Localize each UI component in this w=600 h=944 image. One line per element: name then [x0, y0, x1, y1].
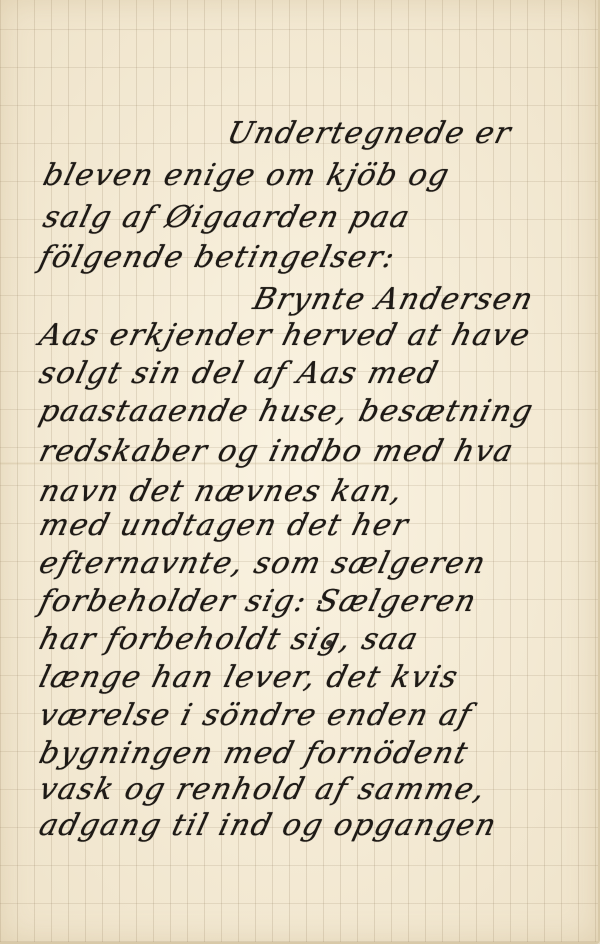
text-line: værelse i söndre enden af [36, 698, 476, 733]
text-line: salg af Øigaarden paa [40, 200, 415, 235]
text-line: Aas erkjender herved at have [36, 318, 535, 353]
text-line: redskaber og indbo med hva [36, 434, 518, 469]
text-line: bleven enige om kjöb og [40, 158, 454, 193]
text-line: med undtagen det her [36, 508, 413, 543]
text-line: Brynte Andersen [250, 282, 538, 317]
ink-blot [326, 640, 333, 646]
text-line: Undertegnede er [224, 116, 516, 151]
text-line: bygningen med fornödent [36, 736, 473, 771]
handwritten-text: Undertegnede er bleven enige om kjöb og … [0, 0, 600, 944]
text-line: forbeholder sig: Sælgeren [36, 584, 481, 619]
text-line: adgang til ind og opgangen [36, 808, 501, 843]
ink-blot [318, 600, 322, 604]
text-line: navn det nævnes kan, [36, 474, 408, 509]
text-line: solgt sin del af Aas med [36, 356, 443, 391]
text-line: paastaaende huse, besætning [36, 394, 538, 429]
manuscript-page: Undertegnede er bleven enige om kjöb og … [0, 0, 600, 944]
text-line: vask og renhold af samme, [36, 772, 490, 807]
text-line: har forbeholdt sig, saa [36, 622, 423, 657]
text-line: længe han lever, det kvis [36, 660, 463, 695]
text-line: fölgende betingelser: [36, 240, 400, 275]
text-line: efternavnte, som sælgeren [36, 546, 491, 581]
